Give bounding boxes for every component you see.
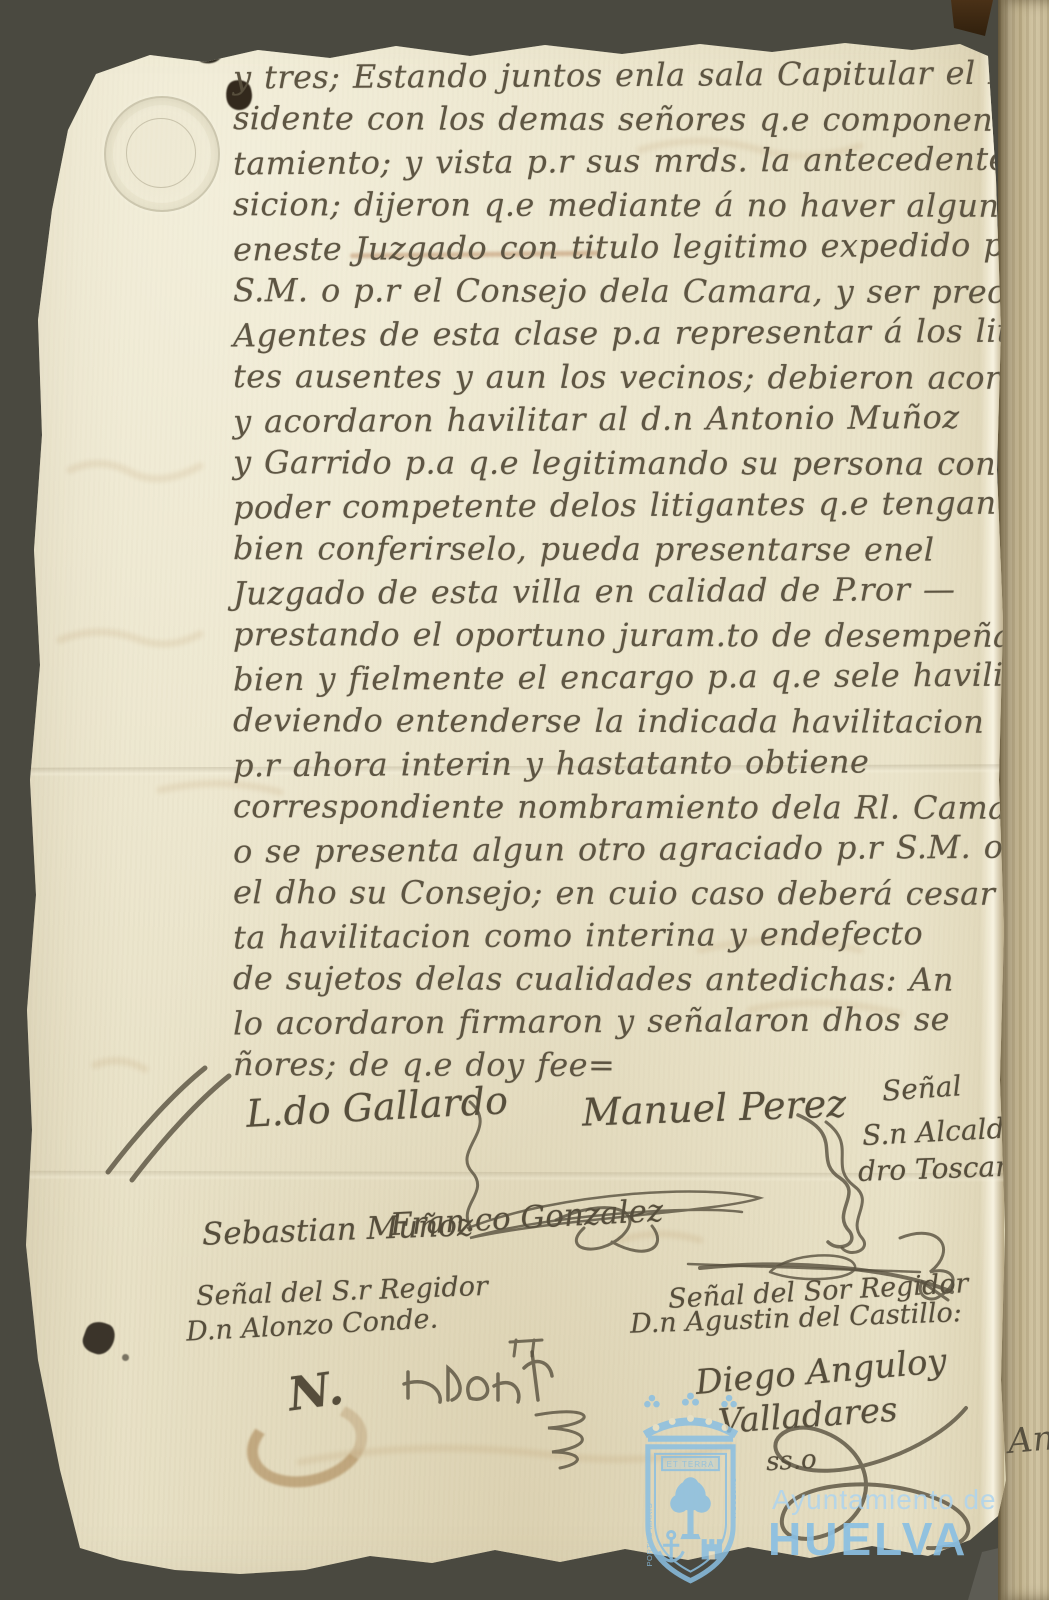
manuscript-page: y tres; Estando juntos enla sala Capitul… bbox=[0, 0, 1049, 1600]
gallardo-scribble bbox=[468, 1191, 760, 1238]
ink-speck bbox=[252, 18, 257, 23]
angulo-grand-rubric bbox=[775, 1408, 968, 1548]
perez-rubric bbox=[798, 1115, 852, 1247]
ink-speck bbox=[842, 28, 847, 33]
alcalde-rubric bbox=[826, 1122, 865, 1253]
inverted-rubric-word bbox=[404, 1352, 552, 1402]
archive-scan: An bbox=[0, 0, 1049, 1600]
binding-leather-strip bbox=[945, 0, 997, 42]
underlying-page-edge: An bbox=[998, 0, 1049, 1600]
next-page-handwriting-fragment: An bbox=[1006, 1418, 1049, 1462]
inverted-rubric-marks bbox=[510, 1340, 542, 1356]
margin-double-slash bbox=[108, 1068, 229, 1180]
inverted-rubric-curl bbox=[536, 1412, 584, 1468]
gallardo-rubric bbox=[467, 1102, 480, 1226]
rubric-flourishes bbox=[0, 0, 1049, 1600]
ink-speck bbox=[278, 26, 284, 32]
ink-speck bbox=[287, 38, 291, 42]
